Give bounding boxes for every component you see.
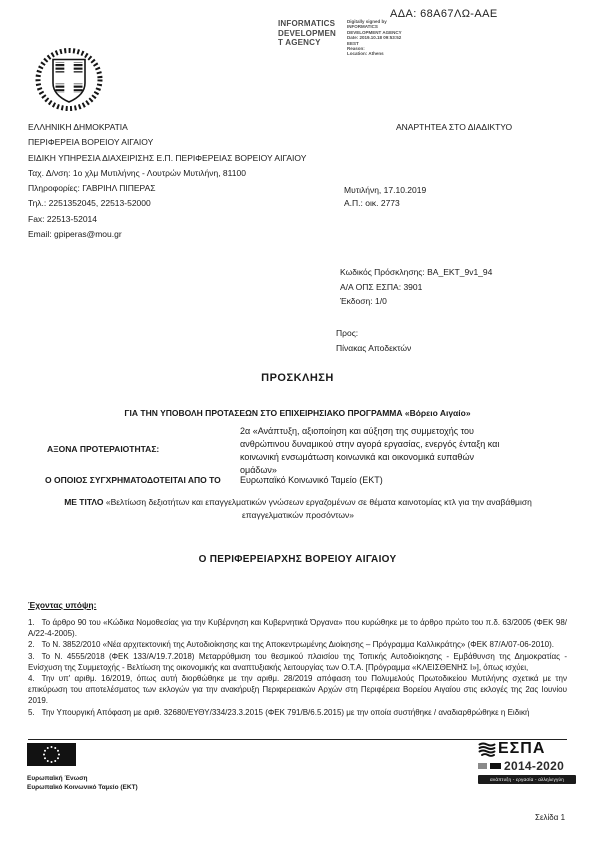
sender-line-phone: Τηλ.: 2251352045, 22513-52000 <box>28 196 306 211</box>
cofinance-label: Ο ΟΠΟΙΟΣ ΣΥΓΧΡΗΜΑΤΟΔΟΤΕΙΤΑΙ ΑΠΟ ΤΟ <box>45 475 221 485</box>
stamp-agency-line: DEVELOPMEN <box>278 29 342 39</box>
sender-block: ΕΛΛΗΝΙΚΗ ΔΗΜΟΚΡΑΤΙΑ ΠΕΡΙΦΕΡΕΙΑ ΒΟΡΕΙΟΥ Α… <box>28 120 306 242</box>
recipient-block: Προς: Πίνακας Αποδεκτών <box>336 326 411 355</box>
stamp-detail-line: Location: Athens <box>347 51 417 56</box>
call-version-row: Έκδοση: 1/0 <box>340 294 492 309</box>
protocol-number: Α.Π.: οικ. 2773 <box>344 198 400 208</box>
call-code-value: ΒΑ_ΕΚΤ_9v1_94 <box>427 267 492 277</box>
recipient-pros-label: Προς: <box>336 326 411 341</box>
regard-item-number: 3. <box>28 652 42 661</box>
stamp-agency-name: INFORMATICS DEVELOPMEN T AGENCY <box>278 19 342 57</box>
regard-item-number: 5. <box>28 708 42 717</box>
espa-mini-eu-flag-icon <box>478 763 487 769</box>
stamp-signature-details: Digitally signed by INFORMATICS DEVELOPM… <box>347 19 417 57</box>
recipient-value: Πίνακας Αποδεκτών <box>336 341 411 356</box>
eu-captions: Ευρωπαϊκή Ένωση Ευρωπαϊκό Κοινωνικό Ταμε… <box>27 775 138 792</box>
regard-item-text: Το άρθρο 90 του «Κώδικα Νομοθεσίας για τ… <box>28 618 567 638</box>
call-title-value: «Βελτίωση δεξιοτήτων και επαγγελματικών … <box>106 497 532 520</box>
espa-logo-block: ΕΣΠΑ 2014-2020 ανάπτυξη - εργασία - αλλη… <box>478 740 576 784</box>
regard-item: 2.Το Ν. 3852/2010 «Νέα αρχιτεκτονική της… <box>28 639 567 650</box>
eu-caption-fund: Ευρωπαϊκό Κοινωνικό Ταμείο (ΕΚΤ) <box>27 784 138 793</box>
axis-priority-value: 2α «Ανάπτυξη, αξιοποίηση και αύξηση της … <box>240 425 502 477</box>
espa-slogan-band: ανάπτυξη - εργασία - αλληλεγγύη <box>478 775 576 784</box>
regard-item: 5.Την Υπουργική Απόφαση με αριθ. 32680/Ε… <box>28 707 567 718</box>
call-code-label: Κωδικός Πρόσκλησης: <box>340 267 425 277</box>
place-date: Μυτιλήνη, 17.10.2019 <box>344 185 426 195</box>
call-ops-label: Α/Α ΟΠΣ ΕΣΠΑ: <box>340 282 401 292</box>
call-code-row: Κωδικός Πρόσκλησης: ΒΑ_ΕΚΤ_9v1_94 <box>340 265 492 280</box>
having-regard-list: 1.Το άρθρο 90 του «Κώδικα Νομοθεσίας για… <box>28 617 567 718</box>
sender-line-contact-person: Πληροφορίες: ΓΑΒΡΙΗΛ ΠΙΠΕΡΑΣ <box>28 181 306 196</box>
regard-item: 1.Το άρθρο 90 του «Κώδικα Νομοθεσίας για… <box>28 617 567 639</box>
espa-logo-mid: 2014-2020 <box>478 759 576 773</box>
sender-line-region: ΠΕΡΙΦΕΡΕΙΑ ΒΟΡΕΙΟΥ ΑΙΓΑΙΟΥ <box>28 135 306 150</box>
governor-heading: Ο ΠΕΡΙΦΕΡΕΙΑΡΧΗΣ ΒΟΡΕΙΟΥ ΑΙΓΑΙΟΥ <box>0 554 595 565</box>
espa-logo-top: ΕΣΠΑ <box>478 740 576 758</box>
espa-years: 2014-2020 <box>504 759 564 773</box>
eu-flag-icon <box>27 743 76 766</box>
stamp-agency-line: T AGENCY <box>278 38 342 48</box>
regard-item-text: Την υπ' αριθμ. 16/2019, όπως αυτή διορθώ… <box>28 674 567 705</box>
eu-logo-block: Ευρωπαϊκή Ένωση Ευρωπαϊκό Κοινωνικό Ταμε… <box>27 743 138 792</box>
greek-coat-of-arms-icon <box>26 46 112 118</box>
regard-item: 3.Το Ν. 4555/2018 (ΦΕΚ 133/Α/19.7.2018) … <box>28 651 567 673</box>
call-version-label: Έκδοση: <box>340 296 373 306</box>
espa-name: ΕΣΠΑ <box>498 740 545 758</box>
call-version-value: 1/0 <box>375 296 387 306</box>
call-identifiers: Κωδικός Πρόσκλησης: ΒΑ_ΕΚΤ_9v1_94 Α/Α ΟΠ… <box>340 265 492 309</box>
eu-caption-union: Ευρωπαϊκή Ένωση <box>27 775 138 784</box>
digital-signature-stamp: INFORMATICS DEVELOPMEN T AGENCY Digitall… <box>278 19 417 57</box>
having-regard-label: Έχοντας υπόψη: <box>28 600 96 610</box>
call-title-label: ΜΕ ΤΙΤΛΟ <box>64 497 103 507</box>
regard-item-text: Το Ν. 4555/2018 (ΦΕΚ 133/Α/19.7.2018) Με… <box>28 652 567 672</box>
call-title-row: ΜΕ ΤΙΤΛΟ «Βελτίωση δεξιοτήτων και επαγγε… <box>35 496 561 522</box>
regard-item-number: 2. <box>28 640 42 649</box>
invitation-subtitle: ΓΙΑ ΤΗΝ ΥΠΟΒΟΛΗ ΠΡΟΤΑΣΕΩΝ ΣΤΟ ΕΠΙΧΕΙΡΗΣΙ… <box>0 408 595 418</box>
sender-line-fax: Fax: 22513-52014 <box>28 212 306 227</box>
sender-line-service: ΕΙΔΙΚΗ ΥΠΗΡΕΣΙΑ ΔΙΑΧΕΙΡΙΣΗΣ Ε.Π. ΠΕΡΙΦΕΡ… <box>28 151 306 166</box>
call-ops-value: 3901 <box>403 282 422 292</box>
regard-item: 4.Την υπ' αριθμ. 16/2019, όπως αυτή διορ… <box>28 673 567 707</box>
page-number: Σελίδα 1 <box>535 813 565 822</box>
sender-line-address: Ταχ. Δ/νση: 1ο χλμ Μυτιλήνης - Λουτρών Μ… <box>28 166 306 181</box>
call-ops-row: Α/Α ΟΠΣ ΕΣΠΑ: 3901 <box>340 280 492 295</box>
sender-line-republic: ΕΛΛΗΝΙΚΗ ΔΗΜΟΚΡΑΤΙΑ <box>28 120 306 135</box>
document-page: ΑΔΑ: 68Α67ΛΩ-ΑΑΕ INFORMATICS DEVELOPMEN … <box>0 0 595 841</box>
regard-item-text: Το Ν. 3852/2010 «Νέα αρχιτεκτονική της Α… <box>42 640 554 649</box>
axis-priority-label: ΑΞΟΝΑ ΠΡΟΤΕΡΑΙΟΤΗΤΑΣ: <box>47 444 159 454</box>
invitation-title: ΠΡΟΣΚΛΗΣΗ <box>0 372 595 384</box>
regard-item-number: 4. <box>28 674 42 683</box>
sender-line-email: Email: gpiperas@mou.gr <box>28 227 306 242</box>
espa-mini-greek-flag-icon <box>490 763 501 769</box>
anartitea-label: ΑΝΑΡΤΗΤΕΑ ΣΤΟ ΔΙΑΔΙΚΤΥΟ <box>396 122 512 132</box>
regard-item-number: 1. <box>28 618 42 627</box>
espa-wave-icon <box>478 742 496 757</box>
regard-item-text: Την Υπουργική Απόφαση με αριθ. 32680/ΕΥΘ… <box>42 708 530 717</box>
stamp-agency-line: INFORMATICS <box>278 19 342 29</box>
cofinance-value: Ευρωπαϊκό Κοινωνικό Ταμείο (ΕΚΤ) <box>240 475 383 485</box>
